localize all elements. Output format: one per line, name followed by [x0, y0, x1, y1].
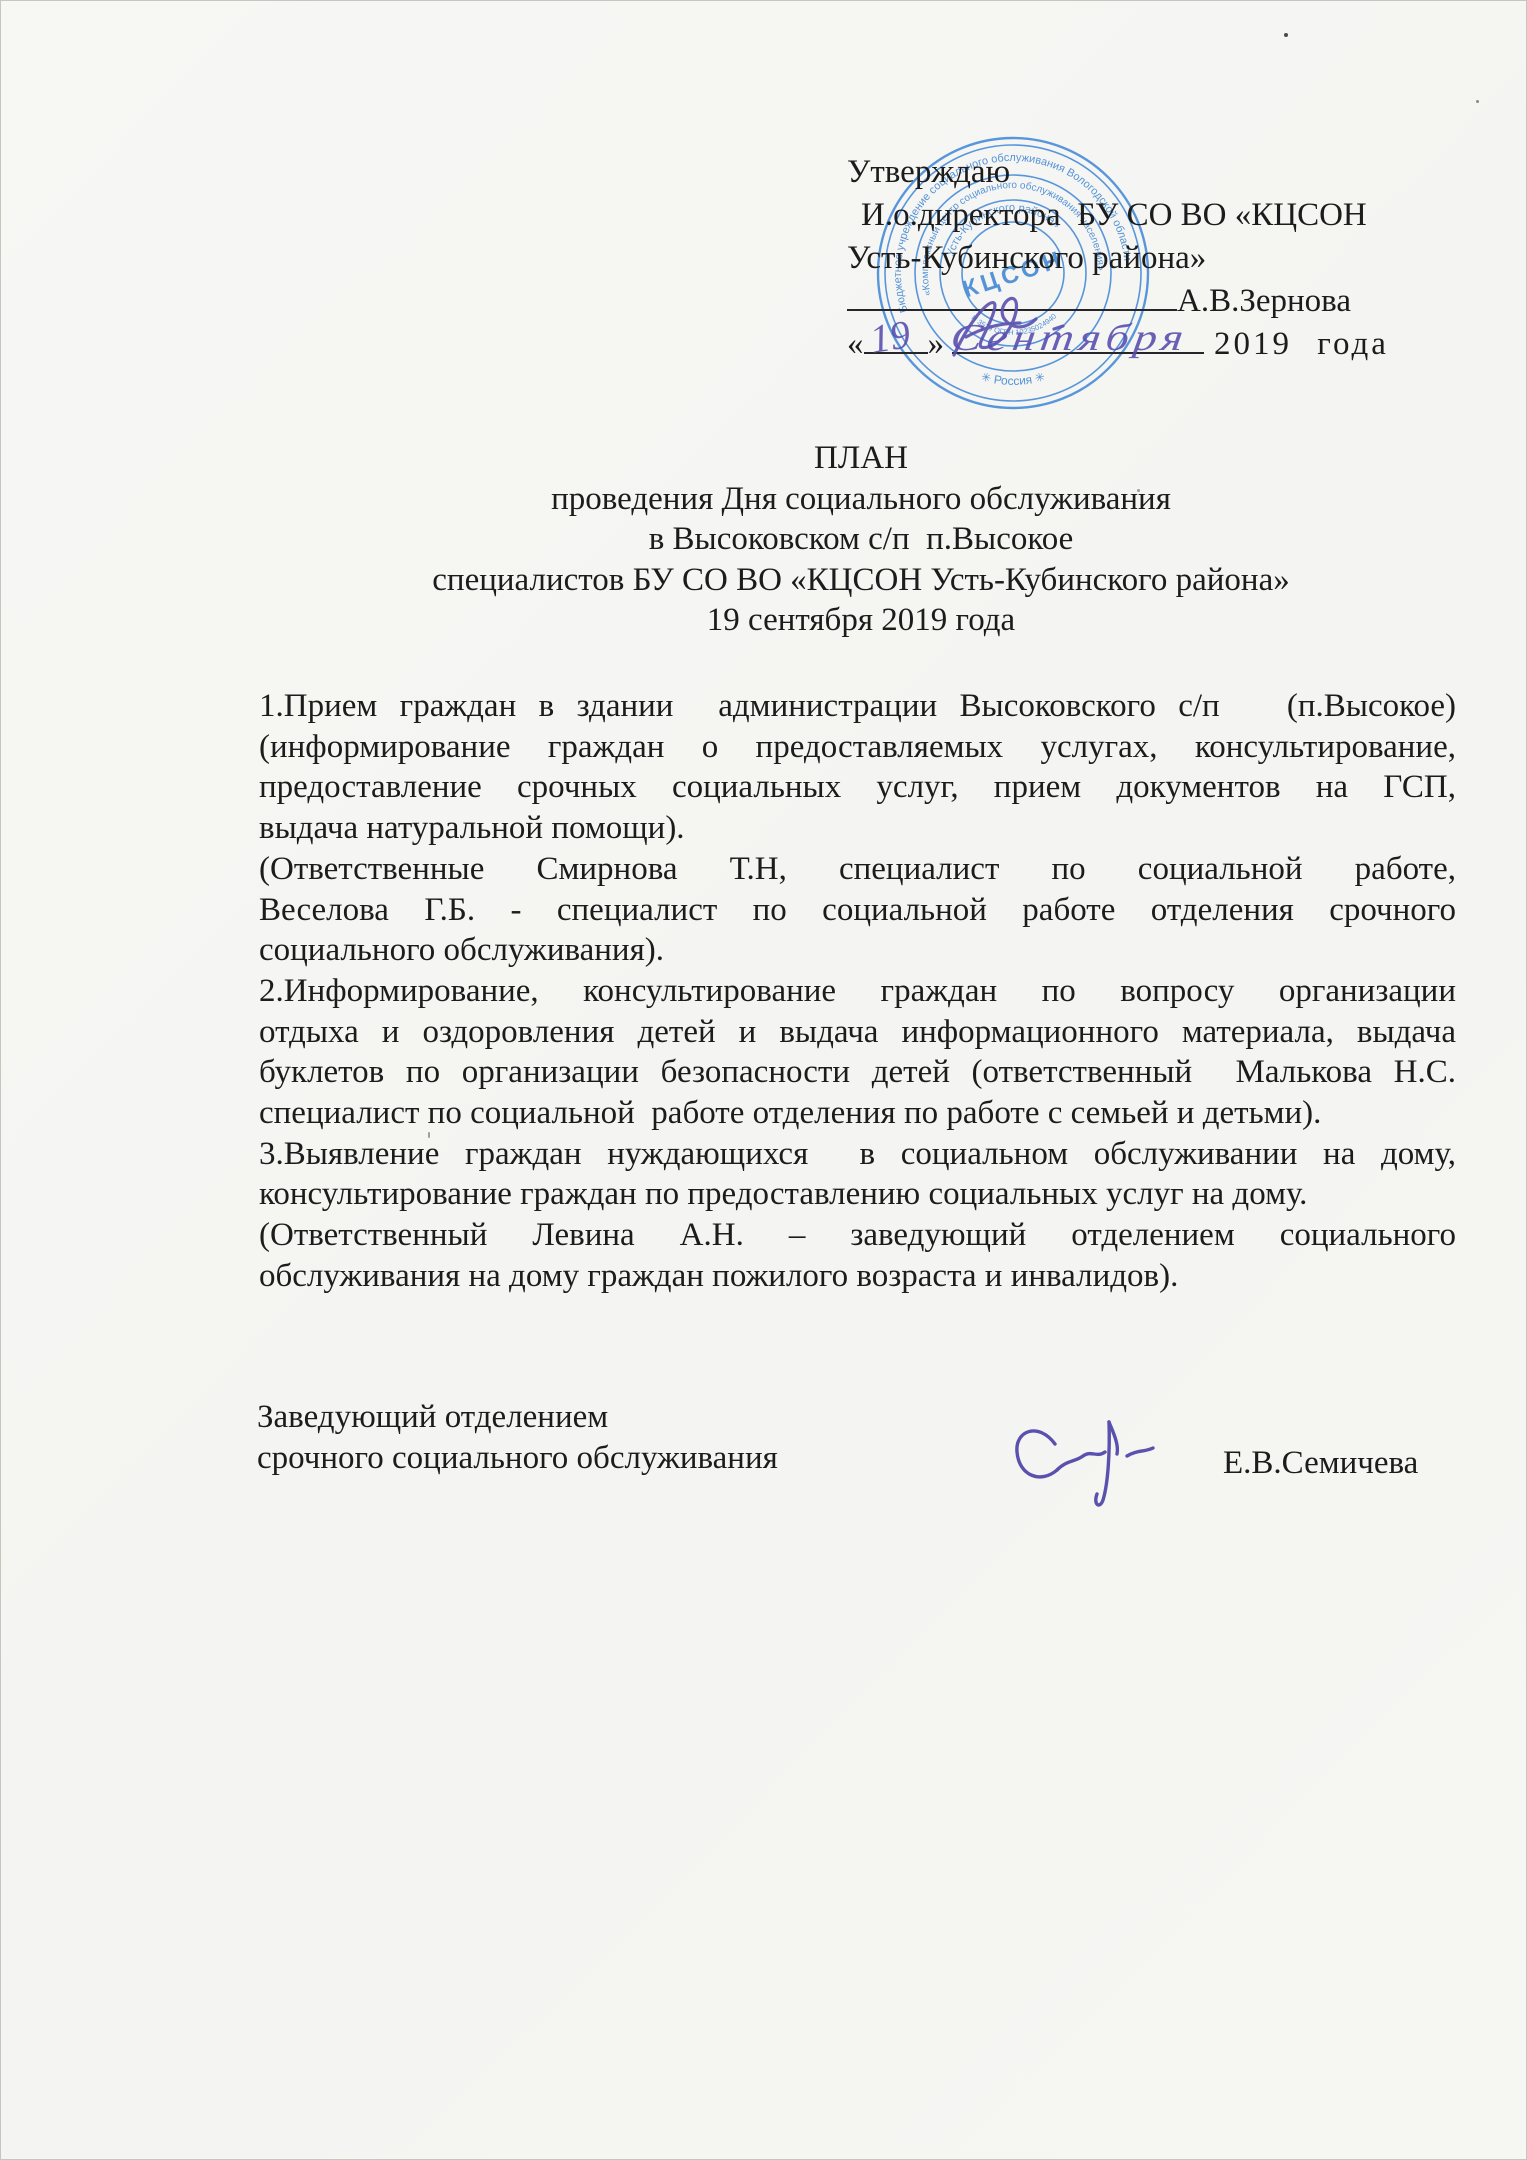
approver-name: А.В.Зернова — [1177, 283, 1351, 319]
body-line: специалист по социальной работе отделени… — [259, 1093, 1456, 1134]
footer-role-line: срочного социального обслуживания — [257, 1438, 957, 1479]
footer-signer-name: Е.В.Семичева — [1223, 1445, 1418, 1482]
body-line: выдача натуральной помощи). — [259, 808, 1456, 849]
title-line: специалистов БУ СО ВО «КЦСОН Усть-Кубинс… — [259, 560, 1463, 601]
approval-line: И.о.директора БУ СО ВО «КЦСОН — [847, 194, 1487, 237]
scan-speck — [1476, 100, 1479, 103]
open-quote: « — [847, 326, 864, 362]
year-text: 2019 года — [1214, 326, 1389, 362]
approval-line: Утверждаю — [847, 151, 1487, 194]
body-line: предоставление срочных социальных услуг,… — [259, 767, 1456, 808]
body-line: (Ответственный Левина А.Н. – заведующий … — [259, 1215, 1456, 1256]
body-line: 1.Прием граждан в здании администрации В… — [259, 686, 1456, 727]
body-line: буклетов по организации безопасности дет… — [259, 1052, 1456, 1093]
title-date-line: 19 сентября 2019 года — [259, 600, 1463, 641]
document-page: Бюджетное учреждение социального обслужи… — [0, 0, 1527, 2160]
body-line: 2.Информирование, консультирование гражд… — [259, 971, 1456, 1012]
title-block: ПЛАН проведения Дня социального обслужив… — [259, 438, 1463, 641]
footer-role-block: Заведующий отделением срочного социально… — [257, 1397, 957, 1479]
handwritten-day: 19 — [866, 312, 912, 361]
body-line: социального обслуживания). — [259, 930, 1456, 971]
body-line: консультирование граждан по предоставлен… — [259, 1174, 1456, 1215]
title-line: в Высоковском с/п п.Высокое — [259, 519, 1463, 560]
footer-role-line: Заведующий отделением — [257, 1397, 957, 1438]
scan-speck — [1284, 33, 1288, 37]
title-line: проведения Дня социального обслуживания — [259, 479, 1463, 520]
signature-semicheva — [959, 1404, 1199, 1514]
day-blank-line: 19 — [864, 346, 928, 354]
approval-line: Усть-Кубинского района» — [847, 237, 1487, 280]
body-line: (информирование граждан о предоставляемы… — [259, 727, 1456, 768]
body-line: отдыха и оздоровления детей и выдача инф… — [259, 1012, 1456, 1053]
body-line: (Ответственные Смирнова Т.Н, специалист … — [259, 849, 1456, 890]
signature-zernova — [936, 277, 1096, 377]
document-title: ПЛАН — [259, 438, 1463, 479]
body-line: обслуживания на дому граждан пожилого во… — [259, 1256, 1456, 1297]
body-line: Веселова Г.Б. - специалист по социальной… — [259, 890, 1456, 931]
document-body: 1.Прием граждан в здании администрации В… — [259, 686, 1456, 1297]
body-line: 3.Выявление граждан нуждающихся в социал… — [259, 1134, 1456, 1175]
